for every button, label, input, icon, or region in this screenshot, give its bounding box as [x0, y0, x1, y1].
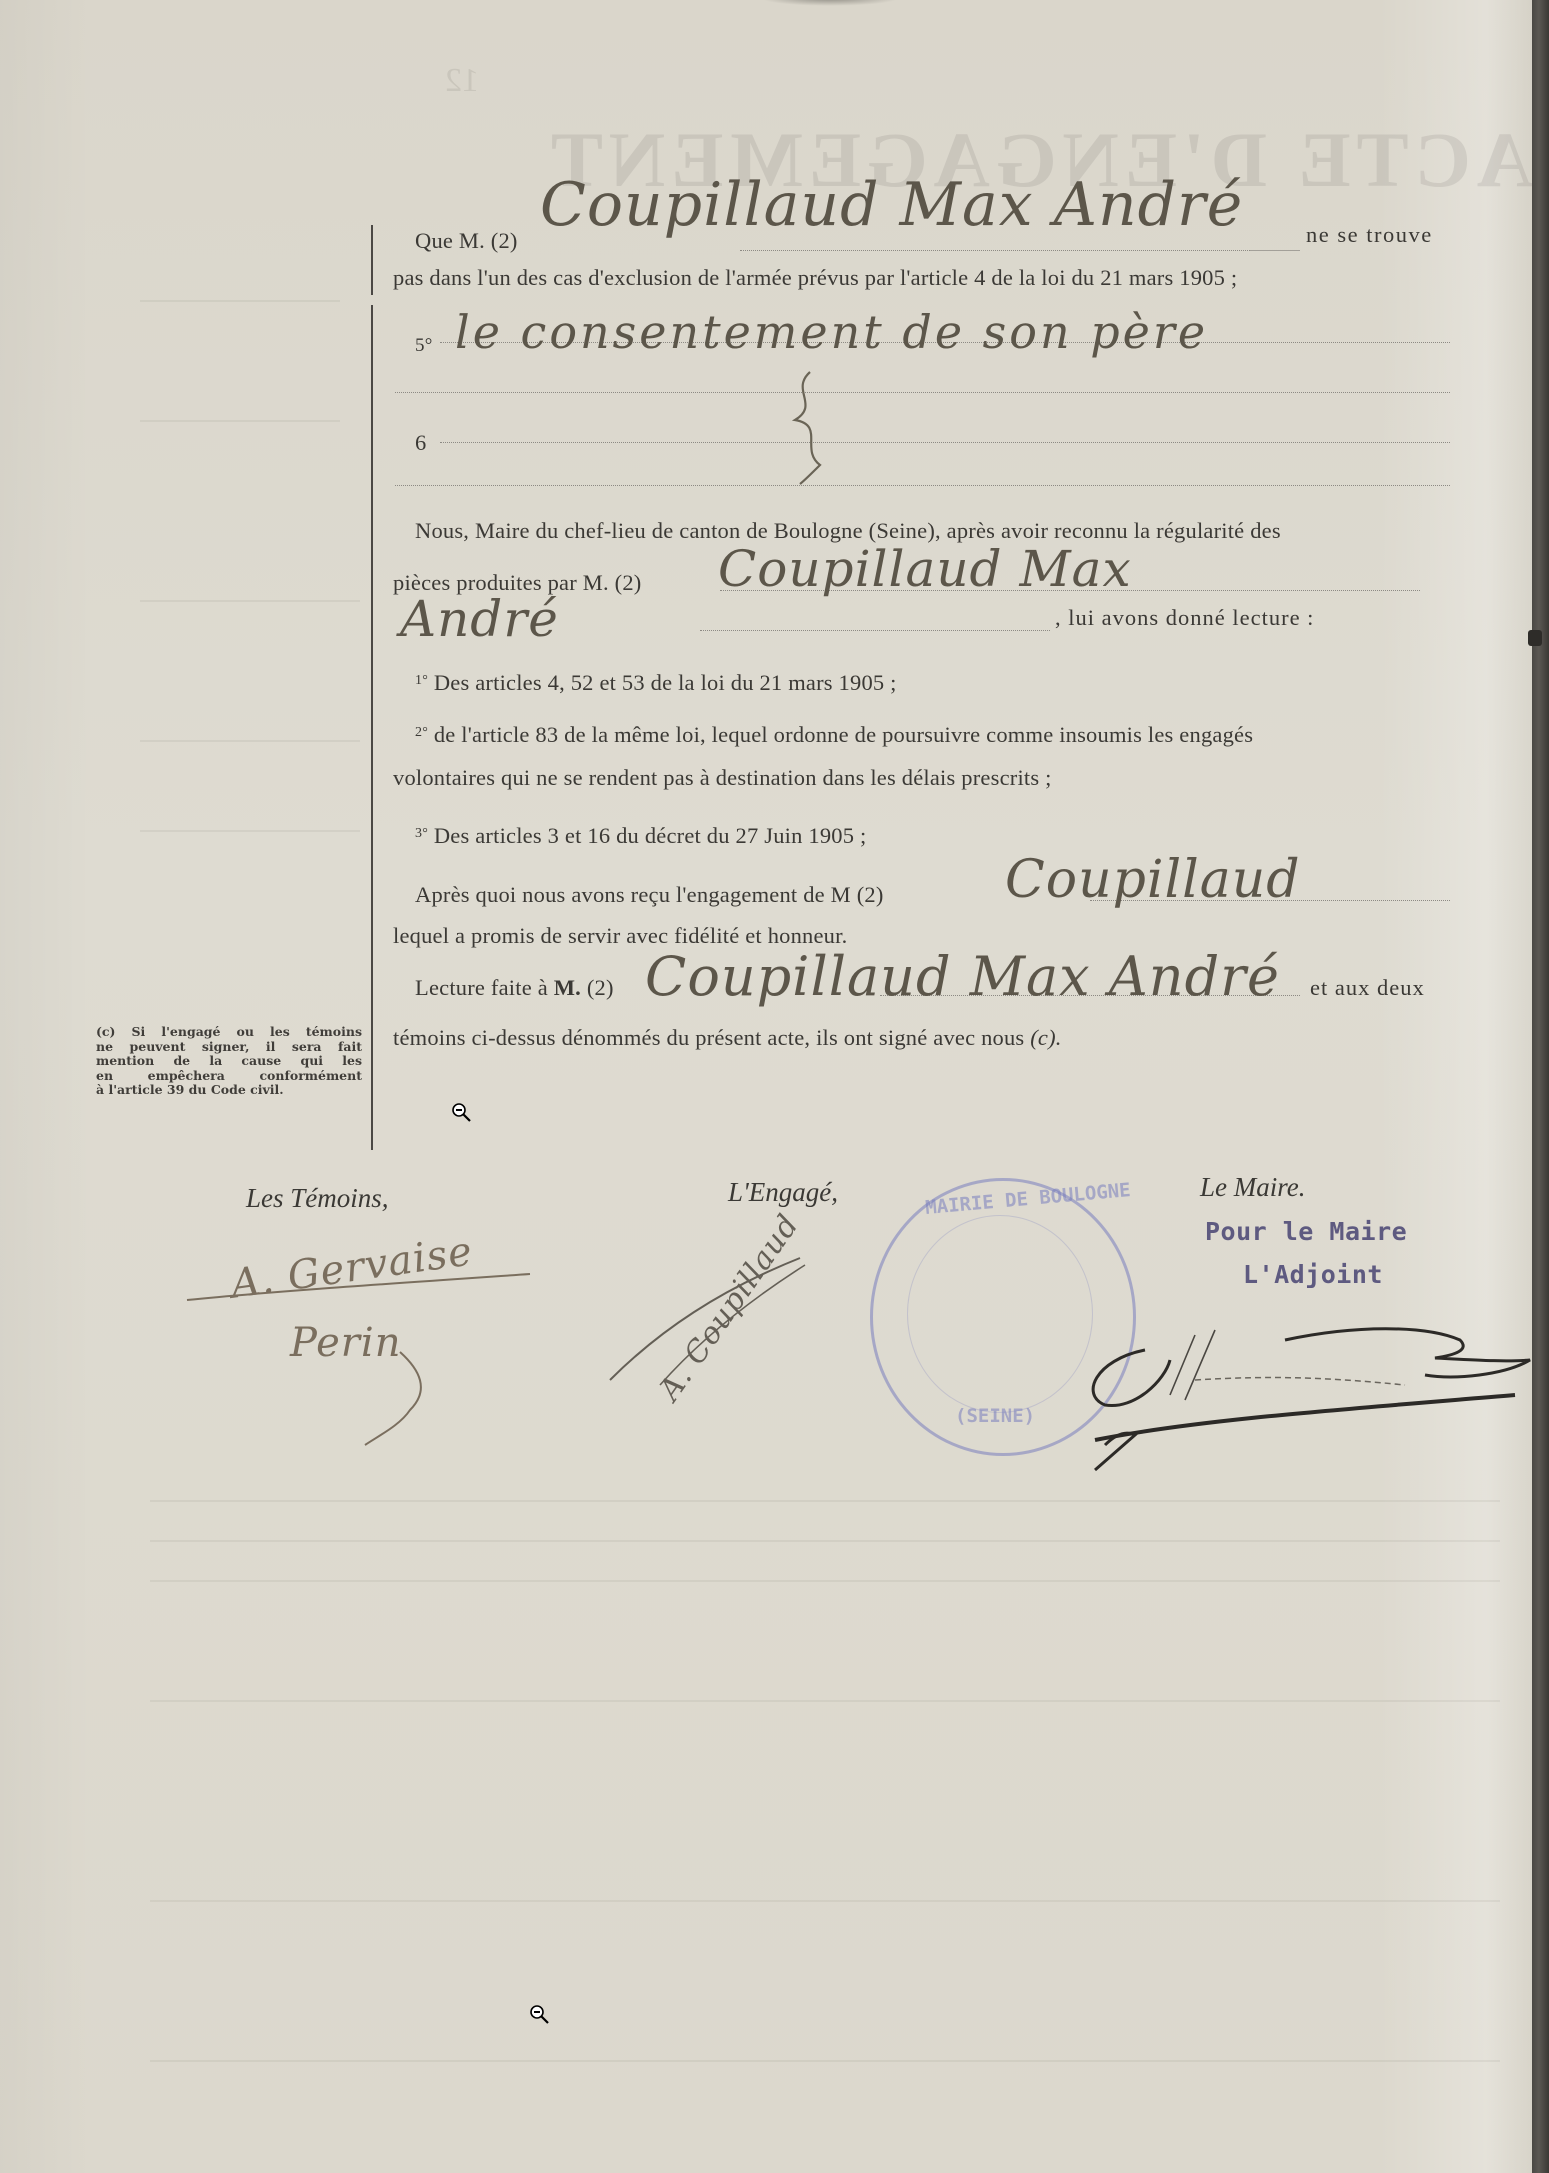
label-lecture-faite: Lecture faite à	[415, 975, 548, 1000]
label-apres-quoi: Après quoi nous avons reçu l'engagement …	[415, 882, 851, 907]
article-1-line: 1° Des articles 4, 52 et 53 de la loi du…	[415, 670, 897, 696]
bleed-line	[150, 1580, 1500, 1582]
ref-2: (2)	[491, 228, 518, 253]
witness-1-underline	[185, 1270, 535, 1310]
mairie-seal-inner	[907, 1215, 1093, 1413]
apres-quoi-line: Après quoi nous avons reçu l'engagement …	[415, 882, 884, 908]
bleed-line	[140, 740, 360, 742]
art1-text: Des articles 4, 52 et 53 de la loi du 21…	[434, 670, 897, 695]
handwritten-name-4: Coupillaud Max André	[645, 945, 1280, 1008]
item-5-label: 5°	[415, 335, 433, 357]
stamp-pour-le-maire: Pour le Maire	[1205, 1217, 1407, 1246]
bleed-line	[140, 300, 340, 302]
temoins-line: témoins ci-dessus dénommés du présent ac…	[393, 1025, 1062, 1051]
footnote-c: (c) Si l'engagé ou les témoins ne peuven…	[96, 1025, 362, 1098]
bleed-line	[140, 420, 340, 422]
fill-line	[700, 630, 1050, 631]
art3-num: 3°	[415, 826, 428, 841]
bleed-line	[150, 1500, 1500, 1502]
witnesses-label: Les Témoins,	[246, 1183, 389, 1214]
exclusion-line: pas dans l'un des cas d'exclusion de l'a…	[393, 265, 1237, 291]
fill-line	[395, 392, 1450, 393]
footnote-line: à l'article 39 du Code civil.	[96, 1083, 362, 1098]
ref-2: (2)	[615, 570, 642, 595]
ref-2: (2)	[857, 882, 884, 907]
footnote-line: mention de la cause qui les	[96, 1054, 362, 1069]
fill-line	[1250, 250, 1300, 251]
label-que-m: Que M.	[415, 228, 485, 253]
bleed-through-page-number: 12	[445, 62, 479, 100]
mayor-signature	[1075, 1320, 1535, 1480]
fill-line	[395, 485, 1450, 486]
lecture-faite-line: Lecture faite à M. (2)	[415, 975, 614, 1001]
bleed-line	[140, 830, 360, 832]
bleed-line	[150, 1540, 1500, 1542]
article-2-line-b: volontaires qui ne se rendent pas à dest…	[393, 765, 1052, 791]
handwritten-name-1: Coupillaud Max André	[540, 170, 1243, 240]
stamp-l-adjoint: L'Adjoint	[1243, 1260, 1383, 1289]
note-c: (c).	[1030, 1025, 1061, 1050]
maire-label: Le Maire.	[1200, 1172, 1305, 1203]
footnote-line: ne peuvent signer, il sera fait	[96, 1040, 362, 1055]
footnote-line: (c) Si l'engagé ou les témoins	[96, 1025, 362, 1040]
art1-num: 1°	[415, 673, 428, 688]
ref-2: (2)	[587, 975, 614, 1000]
fill-line	[440, 442, 1450, 443]
art2-text-a: de l'article 83 de la même loi, lequel o…	[434, 722, 1253, 747]
handwritten-name-3: Coupillaud	[1005, 850, 1301, 910]
bleed-line	[150, 1900, 1500, 1902]
engage-label: L'Engagé,	[728, 1177, 838, 1208]
zoom-out-magnifier-icon	[451, 1102, 473, 1124]
margin-rule	[371, 305, 373, 1150]
et-aux-deux: et aux deux	[1310, 975, 1425, 1001]
bleed-line	[150, 1700, 1500, 1702]
art3-text: Des articles 3 et 16 du décret du 27 Jui…	[434, 823, 867, 848]
bleed-line	[140, 600, 360, 602]
margin-rule	[371, 225, 373, 295]
lui-avons-donne-lecture: , lui avons donné lecture :	[1055, 605, 1314, 631]
ne-se-trouve: ne se trouve	[1306, 222, 1433, 248]
footnote-line: en empêchera conformément	[96, 1069, 362, 1084]
page-shadow	[760, 0, 900, 6]
handwritten-consentement: le consentement de son père	[455, 305, 1208, 359]
handwritten-brace-mark	[780, 370, 840, 485]
temoins-text: témoins ci-dessus dénommés du présent ac…	[393, 1025, 1024, 1050]
label-m: M.	[554, 975, 581, 1000]
binding-notch	[1528, 630, 1542, 646]
witness-2-flourish	[360, 1350, 440, 1450]
seal-text-bottom: (SEINE)	[955, 1405, 1035, 1427]
zoom-out-magnifier-icon	[529, 2004, 551, 2026]
item-6-label: 6	[415, 430, 426, 456]
handwritten-name-2b: André	[400, 590, 559, 648]
article-2-line: 2° de l'article 83 de la même loi, leque…	[415, 722, 1253, 748]
book-binding-edge	[1532, 0, 1549, 2173]
art2-num: 2°	[415, 725, 428, 740]
que-m-line: Que M. (2)	[415, 228, 518, 254]
handwritten-name-2a: Coupillaud Max	[718, 540, 1132, 598]
article-3-line: 3° Des articles 3 et 16 du décret du 27 …	[415, 823, 866, 849]
bleed-line	[150, 2060, 1500, 2062]
engage-signature-strokes	[600, 1250, 810, 1390]
fill-line	[740, 250, 1290, 251]
